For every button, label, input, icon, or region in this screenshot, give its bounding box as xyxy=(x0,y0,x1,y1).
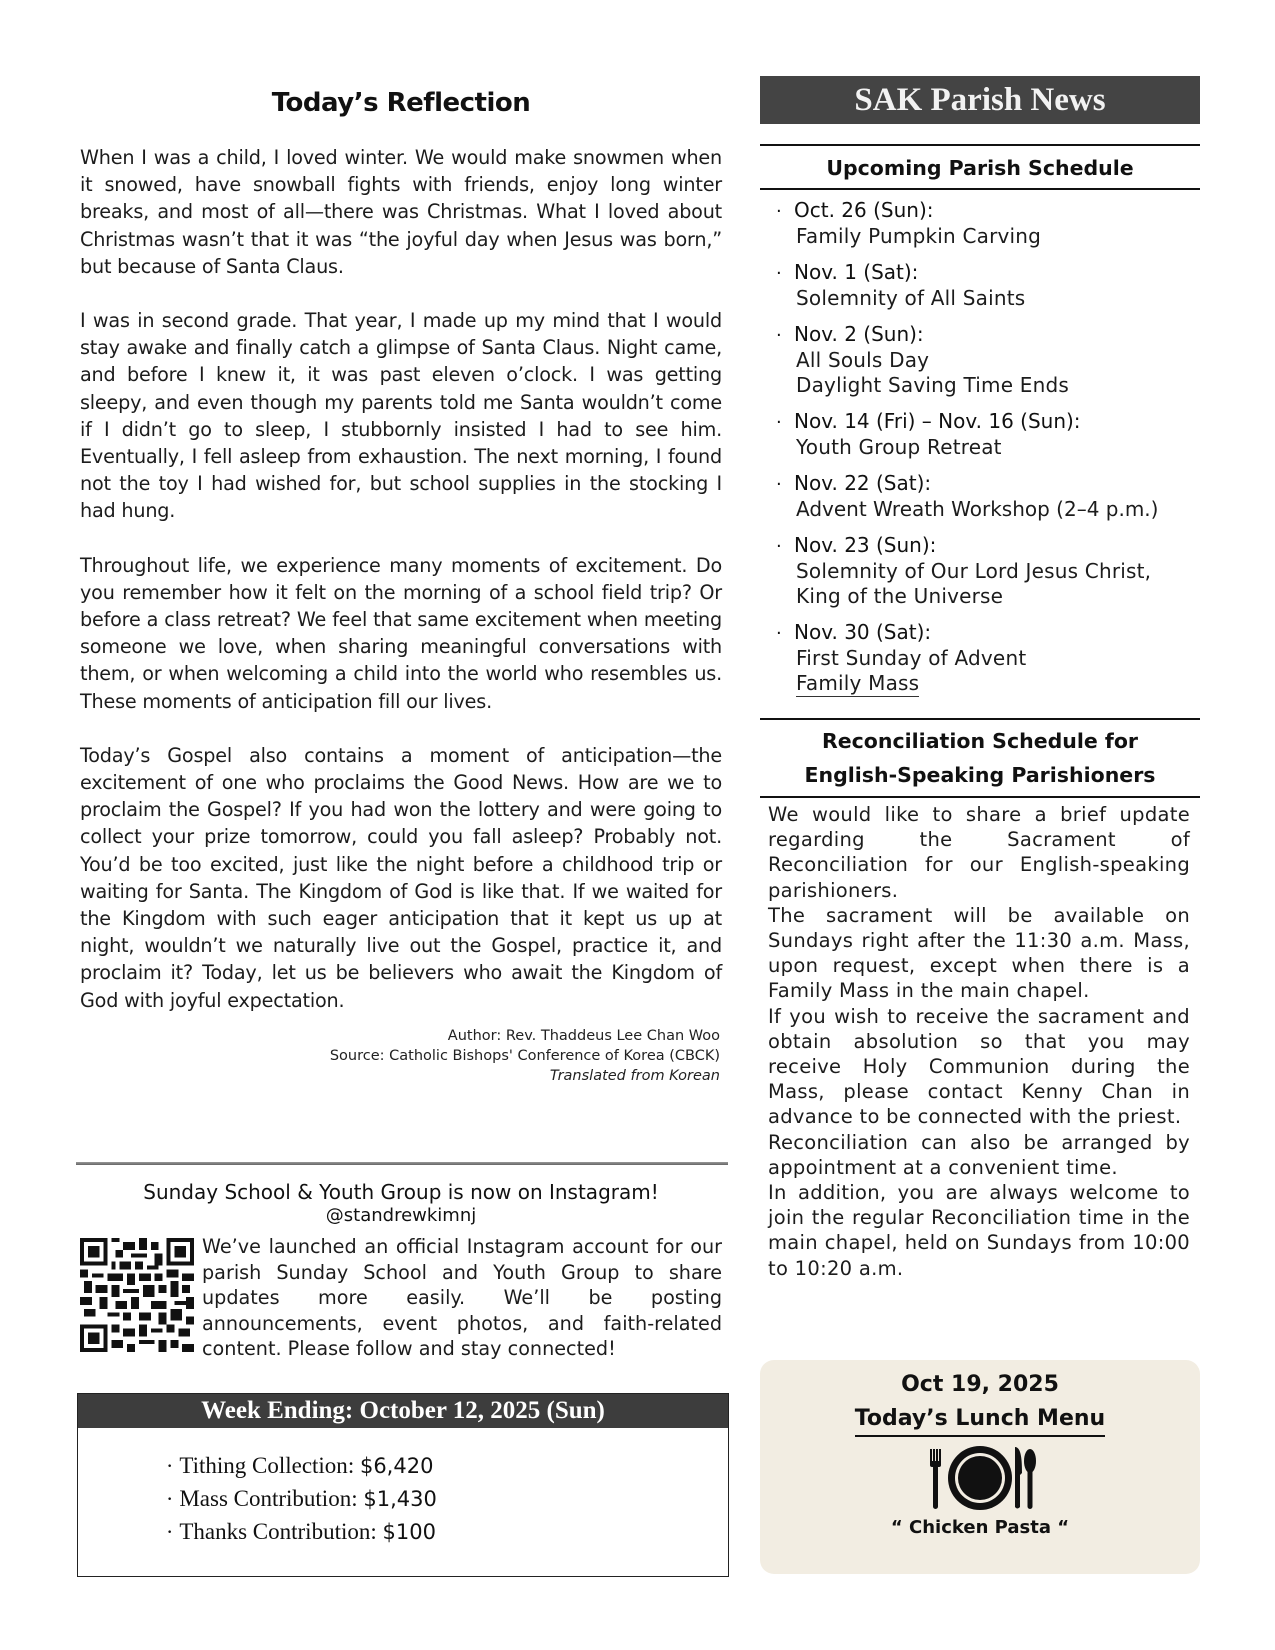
schedule-list: ·Oct. 26 (Sun): Family Pumpkin Carving ·… xyxy=(760,190,1200,696)
schedule-header: Upcoming Parish Schedule xyxy=(760,144,1200,190)
reflection-paragraph: Today’s Gospel also contains a moment of… xyxy=(80,742,722,1014)
reconciliation-title: Reconciliation Schedule for English-Spea… xyxy=(760,720,1200,796)
bullet-icon: · xyxy=(776,472,794,497)
schedule-item: ·Nov. 22 (Sat): Advent Wreath Workshop (… xyxy=(776,471,1200,522)
schedule-item: ·Nov. 14 (Fri) – Nov. 16 (Sun): Youth Gr… xyxy=(776,409,1200,460)
reflection-paragraph: Throughout life, we experience many mome… xyxy=(80,552,722,715)
section-divider xyxy=(76,1162,728,1165)
collections-header: Week Ending: October 12, 2025 (Sun) xyxy=(78,1394,728,1428)
reconciliation-paragraph: In addition, you are always welcome to j… xyxy=(768,1180,1190,1281)
collections-list: ·Tithing Collection: $6,420 ·Mass Contri… xyxy=(78,1428,728,1549)
schedule-item: ·Nov. 2 (Sun): All Souls Day Daylight Sa… xyxy=(776,322,1200,398)
bullet-icon: · xyxy=(776,323,794,348)
instagram-announcement: Sunday School & Youth Group is now on In… xyxy=(80,1180,722,1362)
reconciliation-paragraph: The sacrament will be available on Sunda… xyxy=(768,903,1190,1004)
instagram-body: We’ve launched an official Instagram acc… xyxy=(202,1234,722,1362)
schedule-item: ·Nov. 30 (Sat): First Sunday of Advent F… xyxy=(776,620,1200,696)
reflection-title: Today’s Reflection xyxy=(80,88,722,118)
plate-cutlery-icon xyxy=(920,1445,1040,1511)
source-credit: Source: Catholic Bishops' Conference of … xyxy=(80,1046,720,1066)
reconciliation-body: We would like to share a brief update re… xyxy=(760,798,1200,1281)
translation-note: Translated from Korean xyxy=(80,1066,720,1086)
instagram-handle[interactable]: @standrewkimnj xyxy=(80,1204,722,1228)
reconciliation-paragraph: If you wish to receive the sacrament and… xyxy=(768,1004,1190,1130)
reconciliation-paragraph: Reconciliation can also be arranged by a… xyxy=(768,1130,1190,1180)
schedule-item: ·Nov. 23 (Sun): Solemnity of Our Lord Je… xyxy=(776,533,1200,609)
schedule-item: ·Oct. 26 (Sun): Family Pumpkin Carving xyxy=(776,198,1200,249)
reflection-paragraph: When I was a child, I loved winter. We w… xyxy=(80,144,722,280)
collection-item: ·Tithing Collection: $6,420 xyxy=(166,1450,728,1483)
weekly-collections-box: Week Ending: October 12, 2025 (Sun) ·Tit… xyxy=(77,1393,729,1577)
bullet-icon: · xyxy=(776,621,794,646)
bullet-icon: · xyxy=(166,1519,173,1544)
masthead: SAK Parish News xyxy=(760,76,1200,124)
bullet-icon: · xyxy=(776,261,794,286)
author-credit: Author: Rev. Thaddeus Lee Chan Woo xyxy=(80,1026,720,1046)
reflection-section: Today’s Reflection When I was a child, I… xyxy=(80,88,722,1086)
bullet-icon: · xyxy=(166,1486,173,1511)
reflection-body: When I was a child, I loved winter. We w… xyxy=(80,144,722,1014)
schedule-title: Upcoming Parish Schedule xyxy=(760,146,1200,188)
bullet-icon: · xyxy=(166,1453,173,1478)
bullet-icon: · xyxy=(776,534,794,559)
collection-item: ·Thanks Contribution: $100 xyxy=(166,1516,728,1549)
bullet-icon: · xyxy=(776,410,794,435)
reflection-paragraph: I was in second grade. That year, I made… xyxy=(80,307,722,525)
lunch-title: Today’s Lunch Menu xyxy=(855,1404,1105,1437)
lunch-item: “ Chicken Pasta “ xyxy=(760,1517,1200,1538)
instagram-title: Sunday School & Youth Group is now on In… xyxy=(80,1180,722,1204)
lunch-menu-card: Oct 19, 2025 Today’s Lunch Menu “ Chicke… xyxy=(760,1360,1200,1574)
lunch-date: Oct 19, 2025 xyxy=(760,1370,1200,1400)
reflection-credits: Author: Rev. Thaddeus Lee Chan Woo Sourc… xyxy=(80,1026,722,1086)
qr-code-icon[interactable] xyxy=(80,1238,194,1352)
parish-news-column: SAK Parish News Upcoming Parish Schedule… xyxy=(760,76,1200,1281)
schedule-item: ·Nov. 1 (Sat): Solemnity of All Saints xyxy=(776,260,1200,311)
reconciliation-paragraph: We would like to share a brief update re… xyxy=(768,802,1190,903)
bullet-icon: · xyxy=(776,199,794,224)
collection-item: ·Mass Contribution: $1,430 xyxy=(166,1483,728,1516)
reconciliation-header: Reconciliation Schedule for English-Spea… xyxy=(760,718,1200,798)
